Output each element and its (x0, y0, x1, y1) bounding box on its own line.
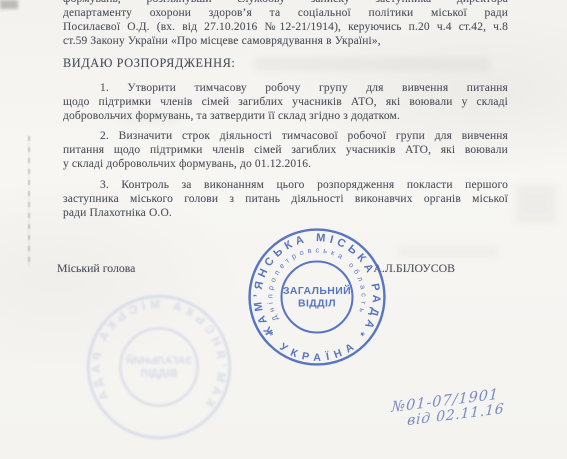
scanned-decree-page: формувань, розглянувши службову записку … (0, 0, 567, 459)
intro-line: Посилаєвої О.Д. (вх. від 27.10.2016 №12-… (63, 20, 508, 34)
decree-heading: ВИДАЮ РОЗПОРЯДЖЕННЯ: (63, 56, 235, 71)
intro-line: ст.59 Закону України «Про місцеве самовр… (63, 34, 508, 48)
decree-item-2: 2. Визначити строк діяльності тимчасової… (63, 129, 508, 171)
stamp-center-line1: ЗАГАЛЬНИЙ (283, 284, 351, 297)
decree-item-3: 3. Контроль за виконанням цього розпоряд… (63, 178, 508, 220)
svg-text:* УКРАЇНА *: * УКРАЇНА * (263, 329, 370, 363)
decree-item-line: питання щодо підтримки членів сімей заги… (63, 143, 508, 157)
bleed-through-stamp-icon: КАМ’ЯНСЬКА МІСЬКА РАДА ЗАГАЛЬНИЙ ВІДДІЛ (84, 292, 234, 442)
scan-fold-artifact (28, 136, 30, 266)
decree-item-line: у складі добровольчих формувань, до 01.1… (63, 157, 508, 171)
stamp-separator-star: * (358, 329, 370, 340)
svg-text:ЗАГАЛЬНИЙ: ЗАГАЛЬНИЙ (126, 354, 192, 367)
decree-item-line: щодо підтримки членів сімей загиблих уча… (63, 95, 508, 109)
official-round-stamp-icon: КАМ’ЯНСЬКА МІСЬКА РАДА * УКРАЇНА * Дніпр… (246, 226, 388, 368)
signatory-title: Міський голова (57, 261, 135, 276)
scan-smudge (255, 57, 490, 71)
decree-item-line: 1. Утворити тимчасову робочу групу для в… (63, 81, 508, 95)
scan-smudge (515, 185, 557, 223)
stamp-center-line2: ВІДДІЛ (298, 299, 336, 310)
scan-smudge (120, 114, 180, 123)
stamp-inner-ring (282, 262, 353, 333)
intro-line: департаменту охорони здоров’я та соціаль… (63, 6, 508, 20)
decree-item-line: 2. Визначити строк діяльності тимчасової… (63, 129, 508, 143)
decree-item-line: 3. Контроль за виконанням цього розпоряд… (63, 178, 508, 192)
handwritten-registration: №01-07/1901 від 02.11.16 (391, 386, 506, 430)
decree-item-line: заступника міського голови з питань діял… (63, 192, 508, 206)
stamp-bottom-text: УКРАЇНА (277, 341, 356, 364)
scan-corner-smudge (0, 0, 18, 9)
intro-paragraph: формувань, розглянувши службову записку … (63, 0, 508, 48)
svg-text:ВІДДІЛ: ВІДДІЛ (141, 368, 177, 380)
scan-smudge (398, 246, 498, 257)
decree-item-line: ради Плахотніка О.О. (63, 206, 508, 220)
